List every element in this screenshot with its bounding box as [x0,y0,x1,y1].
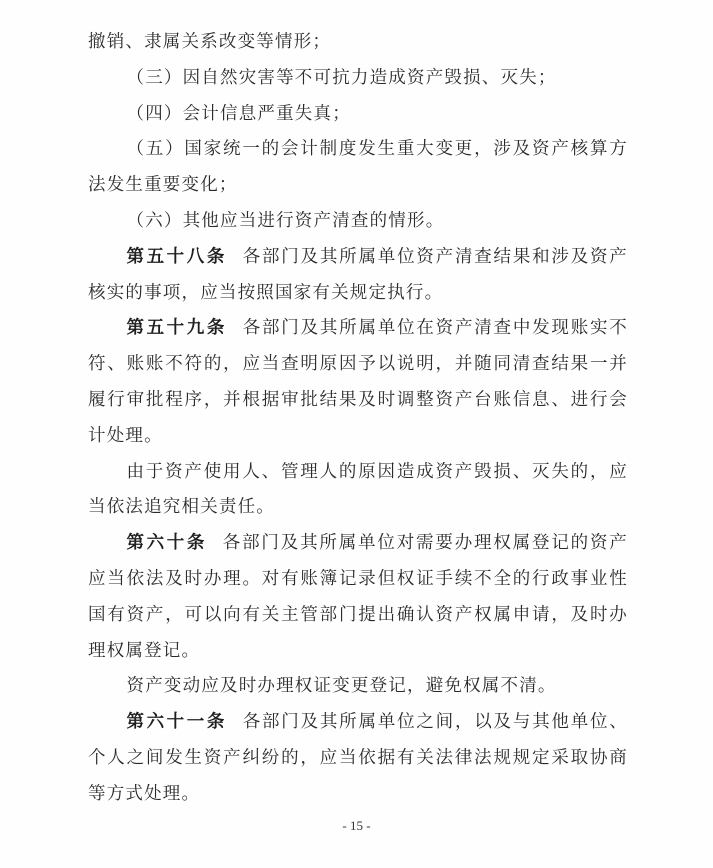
document-page: 撤销、隶属关系改变等情形； （三）因自然灾害等不可抗力造成资产毁损、灭失； （四… [0,0,713,868]
article-60-label: 第六十条 [127,533,208,553]
list-item-4: （四）会计信息严重失真； [88,97,628,133]
article-60-paragraph-2: 资产变动应及时办理权证变更登记，避免权属不清。 [88,669,628,705]
list-item-3: （三）因自然灾害等不可抗力造成资产毁损、灭失； [88,61,628,97]
article-58: 第五十八条各部门及其所属单位资产清查结果和涉及资产核实的事项，应当按照国家有关规… [88,240,628,312]
paragraph-continuation: 撤销、隶属关系改变等情形； [88,25,628,61]
article-59-paragraph-2: 由于资产使用人、管理人的原因造成资产毁损、灭失的，应当依法追究相关责任。 [88,455,628,527]
article-61-label: 第六十一条 [127,712,227,732]
list-item-6: （六）其他应当进行资产清查的情形。 [88,204,628,240]
article-59: 第五十九条各部门及其所属单位在资产清查中发现账实不符、账账不符的，应当查明原因予… [88,311,628,454]
list-item-5: （五）国家统一的会计制度发生重大变更，涉及资产核算方法发生重要变化； [88,132,628,204]
article-59-label: 第五十九条 [127,318,227,338]
article-60: 第六十条各部门及其所属单位对需要办理权属登记的资产应当依法及时办理。对有账簿记录… [88,526,628,669]
article-61: 第六十一条各部门及其所属单位之间，以及与其他单位、个人之间发生资产纠纷的，应当依… [88,705,628,812]
page-number: - 15 - [0,818,713,834]
document-body: 撤销、隶属关系改变等情形； （三）因自然灾害等不可抗力造成资产毁损、灭失； （四… [88,25,628,813]
article-58-label: 第五十八条 [127,247,227,267]
